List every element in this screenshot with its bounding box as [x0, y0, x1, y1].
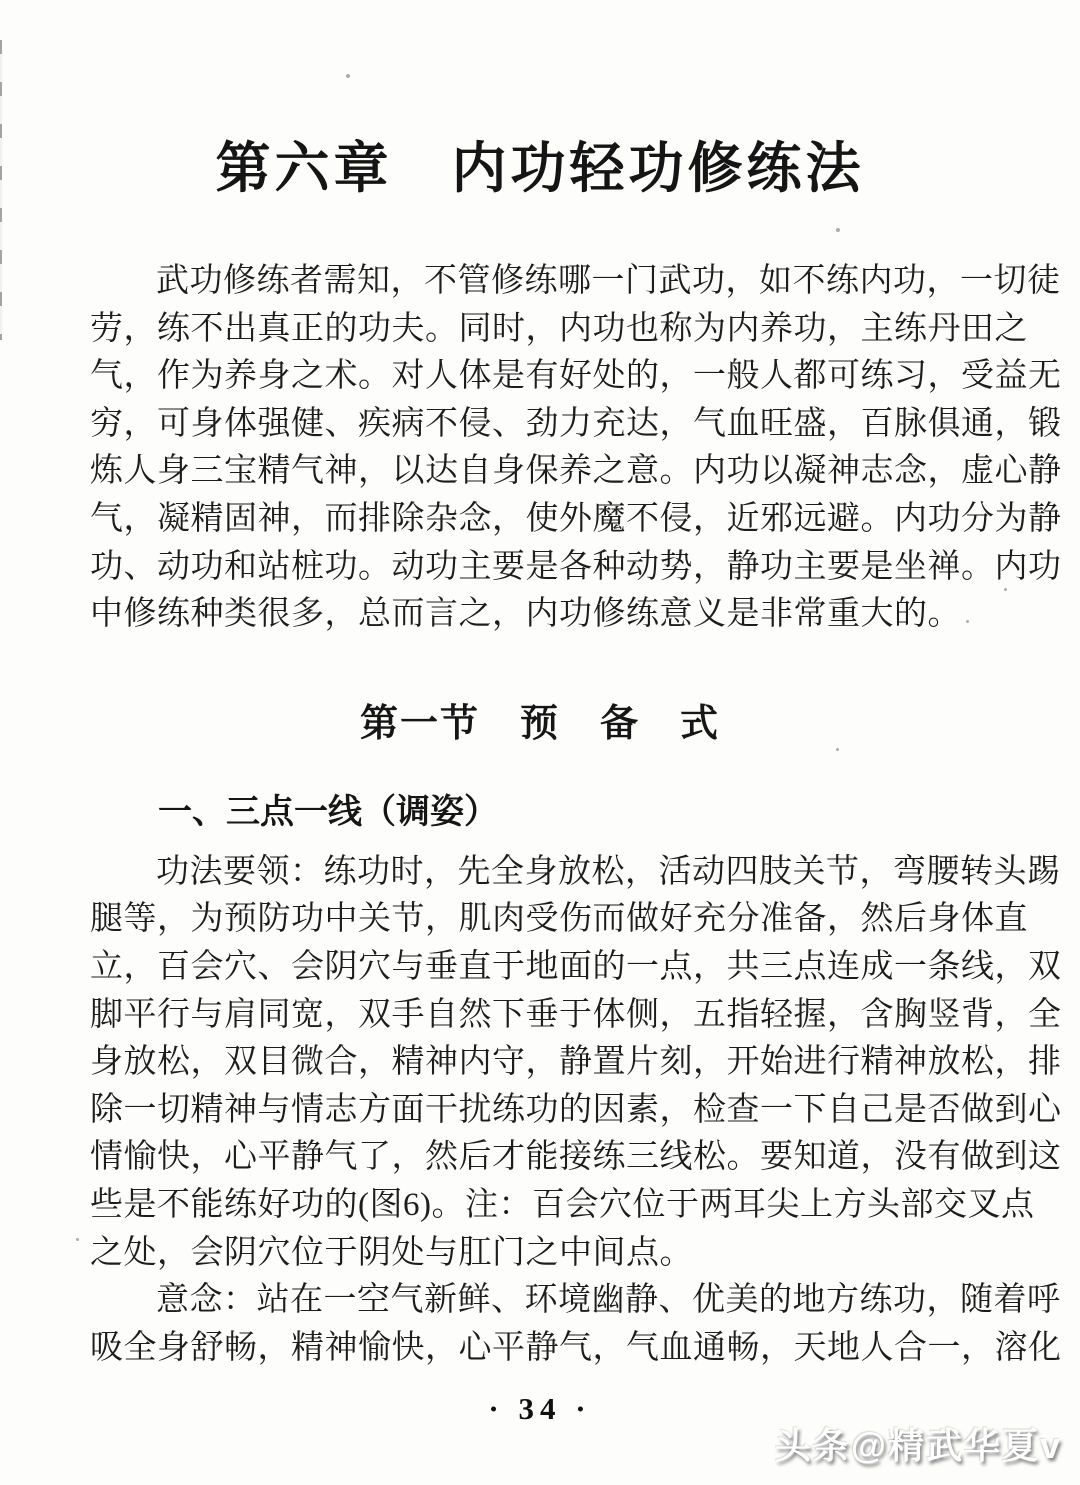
text-line: 吸全身舒畅，精神愉快，心平静气，气血通畅，天地人合一，溶化 [90, 1325, 990, 1373]
scan-speck [836, 228, 840, 232]
text-line: 脚平行与肩同宽，双手自然下垂于体侧，五指轻握，含胸竖背，全 [90, 992, 990, 1040]
text-line: 气，凝精固神，而排除杂念，使外魔不侵，近邪远避。内功分为静 [90, 496, 990, 544]
paragraph-method: 功法要领：练功时，先全身放松，活动四肢关节，弯腰转头踢腿等，为预防功中关节，肌肉… [90, 849, 990, 1277]
toutiao-watermark: 头条@精武华夏v [775, 1418, 1062, 1469]
text-line: 功、动功和站桩功。动功主要是各种动势，静功主要是坐禅。内功 [90, 544, 990, 592]
scan-speck [1004, 588, 1007, 591]
text-line: 中修练种类很多，总而言之，内功修练意义是非常重大的。 [90, 591, 990, 639]
scan-speck [836, 748, 839, 751]
paragraph-intent: 意念：站在一空气新鲜、环境幽静、优美的地方练功，随着呼吸全身舒畅，精神愉快，心平… [90, 1277, 990, 1372]
text-line: 除一切精神与情志方面干扰练功的因素，检查一下自己是否做到心 [90, 1087, 990, 1135]
text-line: 劳，练不出真正的功夫。同时，内功也称为内养功，主练丹田之 [90, 306, 990, 354]
sub-heading: 一、三点一线（调姿） [90, 787, 990, 837]
text-line: 身放松，双目微合，精神内守，静置片刻，开始进行精神放松，排 [90, 1039, 990, 1087]
text-line: 气，作为养身之术。对人体是有好处的，一般人都可练习，受益无 [90, 353, 990, 401]
text-line: 炼人身三宝精气神，以达自身保养之意。内功以凝神志念，虚心静 [90, 448, 990, 496]
scanned-book-page: 第六章 内功轻功修练法 武功修练者需知，不管修练哪一门武功，如不练内功，一切徒劳… [0, 0, 1080, 1485]
text-line: 意念：站在一空气新鲜、环境幽静、优美的地方练功，随着呼 [90, 1277, 990, 1325]
chapter-title: 第六章 内功轻功修练法 [90, 122, 990, 214]
section-heading: 第一节 预 备 式 [90, 695, 990, 753]
text-line: 武功修练者需知，不管修练哪一门武功，如不练内功，一切徒 [90, 258, 990, 306]
text-line: 立，百会穴、会阴穴与垂直于地面的一点，共三点连成一条线，双 [90, 944, 990, 992]
scan-edge-artifact [0, 40, 2, 340]
text-line: 功法要领：练功时，先全身放松，活动四肢关节，弯腰转头踢 [90, 849, 990, 897]
paragraph-intro: 武功修练者需知，不管修练哪一门武功，如不练内功，一切徒劳，练不出真正的功夫。同时… [90, 258, 990, 639]
scan-speck [76, 1238, 79, 1241]
text-line: 情愉快，心平静气了，然后才能接练三线松。要知道，没有做到这 [90, 1134, 990, 1182]
scan-speck [346, 74, 350, 78]
text-line: 腿等，为预防功中关节，肌肉受伤而做好充分准备，然后身体直 [90, 896, 990, 944]
scan-speck [966, 620, 969, 623]
text-line: 些是不能练好功的(图6)。注：百会穴位于两耳尖上方头部交叉点 [90, 1182, 990, 1230]
text-line: 之处，会阴穴位于阴处与肛门之中间点。 [90, 1230, 990, 1278]
text-line: 穷，可身体强健、疾病不侵、劲力充达，气血旺盛，百脉俱通，锻 [90, 401, 990, 449]
